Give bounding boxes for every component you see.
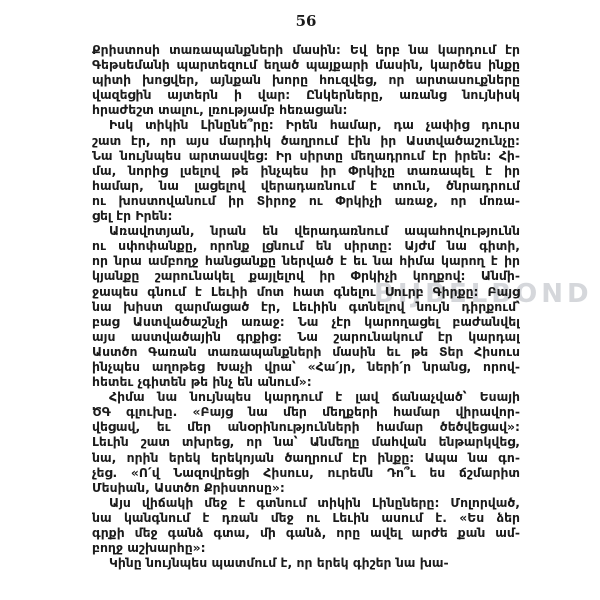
- text-line: Լեւին շատ տխրեց, որ նա՝ Անմեղը մահվան են…: [92, 434, 520, 449]
- text-line: Նա նույնպես արտասվեց: Իր սիրտը մեղադրում…: [92, 148, 520, 163]
- text-line: Առավոտյան, նրան են վերադառնում ապահովութ…: [92, 223, 520, 238]
- text-line: համար, նա լացելով վերադառնում է տուն, ծն…: [92, 178, 520, 193]
- text-line: Գեթսեմանի պարտեզում եղած պայքարի մասին, …: [92, 57, 520, 72]
- text-line: նա խիստ զարմացած էր, Լեւիին գտնելով նույ…: [92, 299, 520, 314]
- text-line: մա, նորից լսելով թե ինչպես իր Փրկիչը տառ…: [92, 163, 520, 178]
- text-line: գրքի մեջ գանձ գտա, մի գանձ, որը ավել արժ…: [92, 525, 520, 540]
- text-line: ցել էր Իրեն:: [92, 208, 520, 223]
- text-block: Քրիստոսի տառապանքների մասին: Եվ երբ նա կ…: [92, 42, 520, 570]
- text-line: այս աստվածային գրքից: Նա շարունակում էր …: [92, 329, 520, 344]
- text-line: ու խոստովանում իր Տիրոջ ու Փրկիչի առաջ, …: [92, 193, 520, 208]
- text-line: Քրիստոսի տառապանքների մասին: Եվ երբ նա կ…: [92, 42, 520, 57]
- text-line: հրաժեշտ տալու, լռությամբ հեռացան:: [92, 102, 520, 117]
- page-number: 56: [92, 12, 520, 30]
- text-line: վազեցին այտերն ի վար: Ընկերները, առանց ն…: [92, 87, 520, 102]
- text-line: Հիմա նա նույնպես կարդում է լավ ճանաչված՝…: [92, 389, 520, 404]
- text-line: Մեսիան, Աստծո Քրիստոսը»:: [92, 480, 520, 495]
- text-line: ու սփոփանքը, որոնք լցնում են սիրտը: Այժմ…: [92, 238, 520, 253]
- text-line: հետեւ չգիտեն թե ինչ են անում»:: [92, 374, 520, 389]
- text-line: որ նրա ամբողջ հանցանքը ներված է եւ նա հի…: [92, 253, 520, 268]
- text-line: ջապես գնում է Լեւիի մոտ հատ գնելու Սուրբ…: [92, 284, 520, 299]
- text-line: բաց Աստվածաշնչի առաջ: Նա չէր կարողացել բ…: [92, 314, 520, 329]
- text-line: ինչպես աղոթեց Խաչի վրա՝ «Հա՛յր, ների՛ր ն…: [92, 359, 520, 374]
- text-line: Իսկ տիկին Լինընե՞րը: Իրեն համար, դա չափի…: [92, 117, 520, 132]
- text-line: Կինը նույնպես պատմում է, որ երեկ գիշեր ն…: [92, 555, 520, 570]
- text-line: ԾԳ գլուխը. «Բայց նա մեր մեղքերի համար վի…: [92, 404, 520, 419]
- text-line: նա, որին երեկ երեկոյան ծաղրում էր ինքը: …: [92, 450, 520, 465]
- text-line: Աստծո Գառան տառապանքների մասին եւ թե Տեր…: [92, 344, 520, 359]
- text-line: նա կանգնում է դռան մեջ ու Լեւին ասում է.…: [92, 510, 520, 525]
- text-line: վեցավ, եւ մեր անօրինությունների համար ծե…: [92, 419, 520, 434]
- text-line: շատ էր, որ այս մարդիկ ծաղրում էին իր Աստ…: [92, 133, 520, 148]
- text-line: պիտի խոցվեր, այնքան խորը հուզվեց, որ արտ…: [92, 72, 520, 87]
- text-line: չեց. «Ո՛վ Նազովրեցի Հիսուս, ուրեմն Դո՞ւ …: [92, 465, 520, 480]
- text-line: Այս վիճակի մեջ է գտնում տիկին Լինըները: …: [92, 495, 520, 510]
- text-line: բողջ աշխարհը»:: [92, 540, 520, 555]
- text-line: կյանքը շարունակել քայլելով իր Փրկիչի կող…: [92, 268, 520, 283]
- book-page: BIJBELBOND 56 Քրիստոսի տառապանքների մասի…: [0, 0, 600, 600]
